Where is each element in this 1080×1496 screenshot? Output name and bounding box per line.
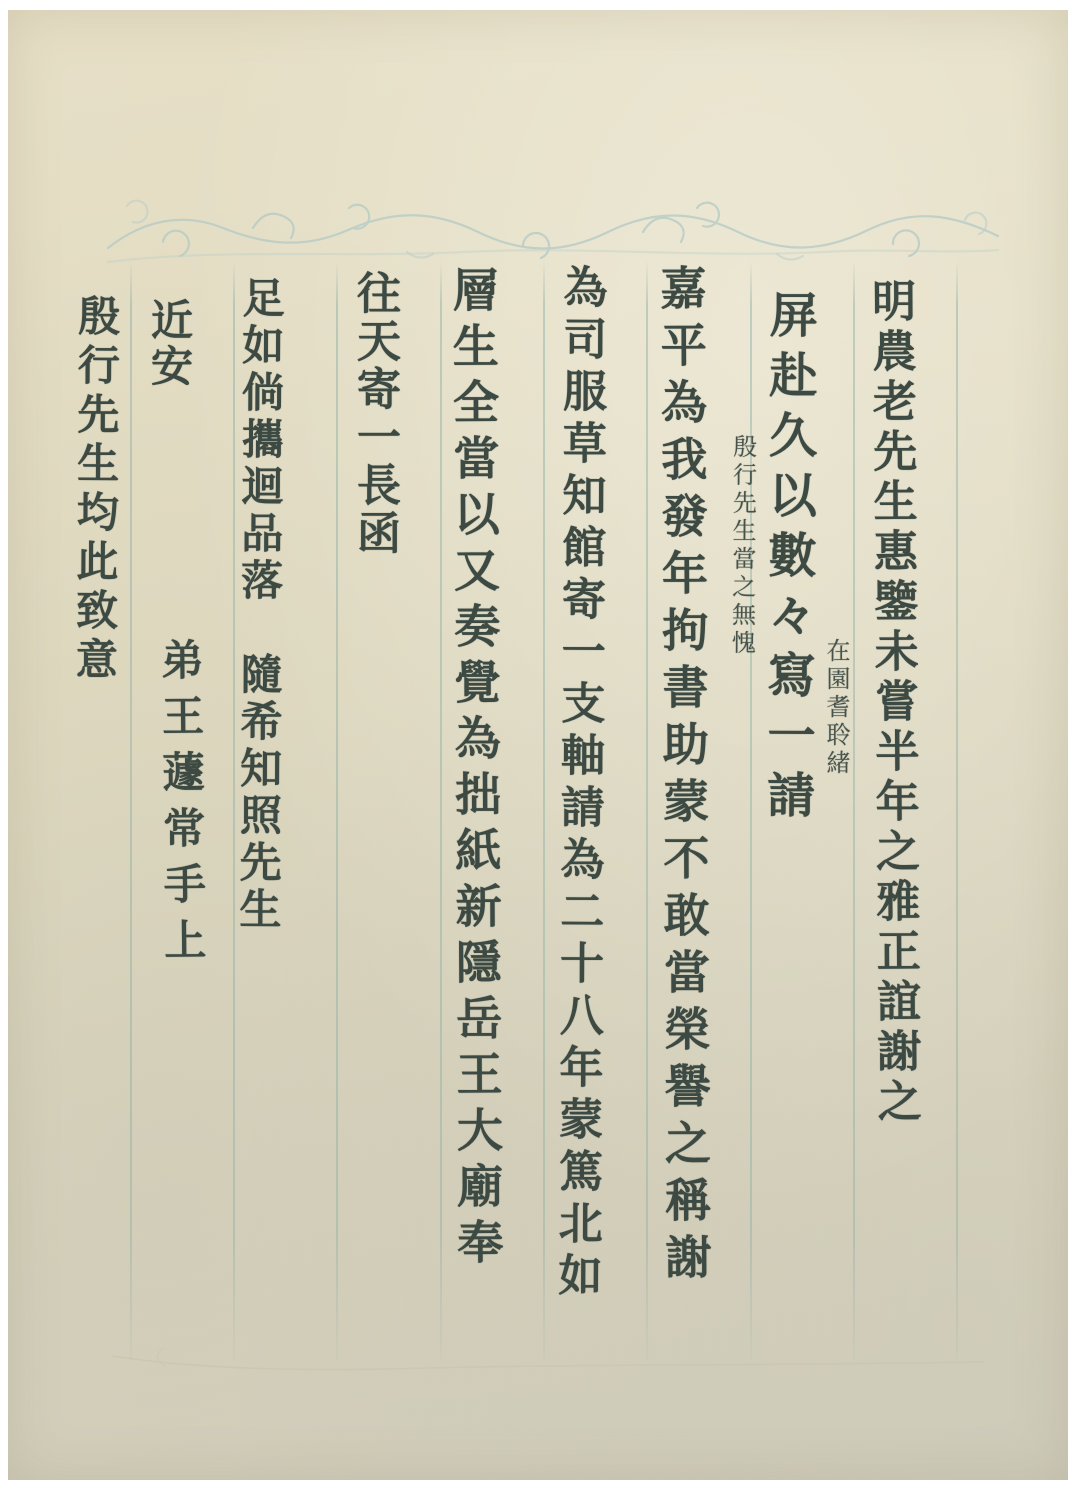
- column-rule: [853, 260, 855, 1360]
- column-rule: [543, 260, 545, 1360]
- letter-column-7: 足如倘攜迴品落 隨希知照先生: [236, 276, 281, 934]
- letter-column-6: 往天寄一長函: [352, 270, 396, 558]
- column-rule: [646, 260, 648, 1360]
- postscript-column: 殷行先生均此致意: [73, 294, 118, 686]
- letter-column-4: 為司服草知館寄一支軸請為二十八年蒙篤北如: [553, 264, 602, 1304]
- closing-salute-column: 近安: [148, 298, 190, 390]
- letter-column-salutation: 明農老先生惠鑒未嘗半年之雅正誼謝之: [867, 278, 917, 1128]
- column-rule: [336, 260, 338, 1360]
- interlinear-note-1: 在園耆聆緒: [824, 638, 848, 778]
- letter-column-3: 嘉平為我發年拘書助蒙不敢當榮譽之稱謝: [657, 264, 708, 1290]
- letter-column-5: 層生全當以又奏覺為拙紙新隱岳王大廟奉: [449, 266, 500, 1274]
- column-rule: [750, 260, 752, 1360]
- bottom-border-line: [108, 1338, 988, 1388]
- column-rule: [440, 260, 442, 1360]
- column-rule: [130, 260, 132, 1360]
- signature-column: 弟王蘧常手上: [158, 638, 204, 974]
- letter-paper: 明農老先生惠鑒未嘗半年之雅正誼謝之 屏赴久以數々寫一請 嘉平為我發年拘書助蒙不敢…: [8, 10, 1068, 1480]
- photo-frame: 明農老先生惠鑒未嘗半年之雅正誼謝之 屏赴久以數々寫一請 嘉平為我發年拘書助蒙不敢…: [0, 0, 1080, 1496]
- cloud-scroll-border-icon: [103, 198, 1003, 276]
- interlinear-note-2: 殷行先生當之無愧: [729, 434, 755, 658]
- letter-column-2: 屏赴久以數々寫一請: [763, 290, 814, 830]
- column-rule: [956, 260, 958, 1360]
